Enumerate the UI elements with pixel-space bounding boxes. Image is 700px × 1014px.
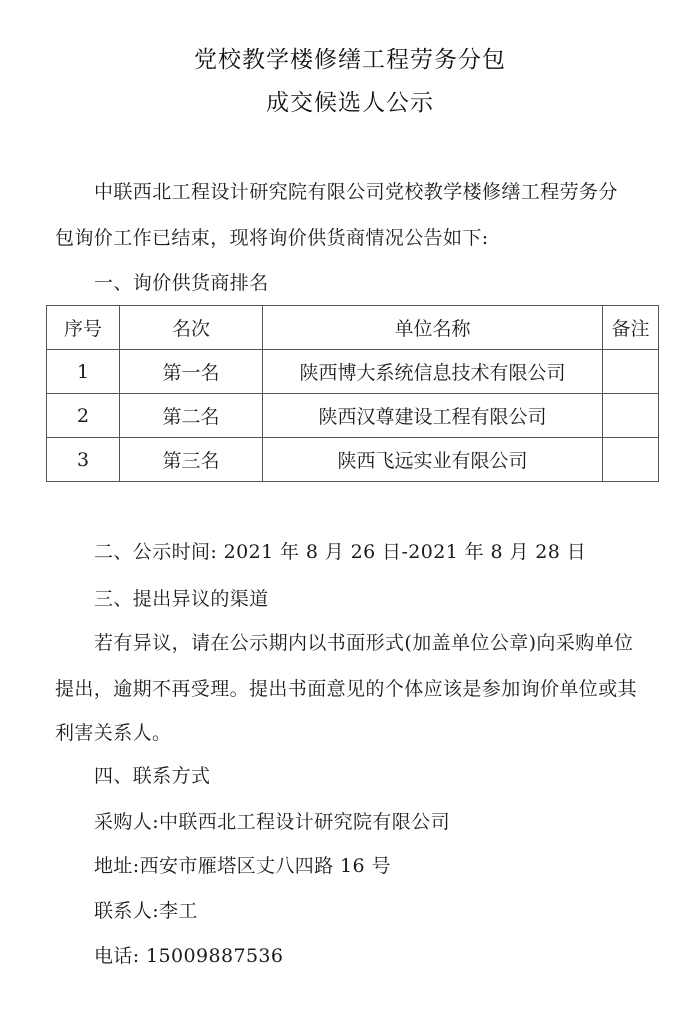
table-row: 3 第三名 陕西飞远实业有限公司 — [47, 438, 659, 482]
cell-rank: 第一名 — [120, 350, 263, 394]
cell-remarks — [603, 394, 659, 438]
intro-paragraph-line1: 中联西北工程设计研究院有限公司党校教学楼修缮工程劳务分 — [94, 179, 694, 205]
cell-rank: 第二名 — [120, 394, 263, 438]
cell-remarks — [603, 438, 659, 482]
contact-person: 联系人:李工 — [94, 898, 694, 924]
document-title-line1: 党校教学楼修缮工程劳务分包 — [0, 45, 700, 75]
ranking-table: 序号 名次 单位名称 备注 1 第一名 陕西博大系统信息技术有限公司 2 第二名… — [46, 305, 659, 482]
table-header-row: 序号 名次 单位名称 备注 — [47, 306, 659, 350]
header-rank: 名次 — [120, 306, 263, 350]
objection-paragraph-line3: 利害关系人。 — [55, 720, 655, 746]
header-company-name: 单位名称 — [263, 306, 603, 350]
header-serial-no: 序号 — [47, 306, 120, 350]
section2-publicity-period: 二、公示时间: 2021 年 8 月 26 日-2021 年 8 月 28 日 — [94, 539, 694, 565]
section3-heading: 三、提出异议的渠道 — [94, 586, 694, 612]
cell-serial-no: 1 — [47, 350, 120, 394]
contact-address: 地址:西安市雁塔区丈八四路 16 号 — [94, 853, 694, 879]
objection-paragraph-line2: 提出，逾期不再受理。提出书面意见的个体应该是参加询价单位或其 — [55, 676, 655, 702]
section1-heading: 一、询价供货商排名 — [94, 270, 694, 296]
contact-phone: 电话: 15009887536 — [94, 943, 694, 969]
table-row: 2 第二名 陕西汉尊建设工程有限公司 — [47, 394, 659, 438]
section4-heading: 四、联系方式 — [94, 763, 694, 789]
cell-remarks — [603, 350, 659, 394]
intro-paragraph-line2: 包询价工作已结束，现将询价供货商情况公告如下: — [55, 225, 655, 251]
cell-company-name: 陕西汉尊建设工程有限公司 — [263, 394, 603, 438]
cell-rank: 第三名 — [120, 438, 263, 482]
cell-serial-no: 2 — [47, 394, 120, 438]
header-remarks: 备注 — [603, 306, 659, 350]
document-title-line2: 成交候选人公示 — [0, 88, 700, 118]
cell-company-name: 陕西博大系统信息技术有限公司 — [263, 350, 603, 394]
contact-purchaser: 采购人:中联西北工程设计研究院有限公司 — [94, 809, 694, 835]
cell-serial-no: 3 — [47, 438, 120, 482]
objection-paragraph-line1: 若有异议，请在公示期内以书面形式(加盖单位公章)向采购单位 — [94, 630, 694, 656]
table-row: 1 第一名 陕西博大系统信息技术有限公司 — [47, 350, 659, 394]
cell-company-name: 陕西飞远实业有限公司 — [263, 438, 603, 482]
